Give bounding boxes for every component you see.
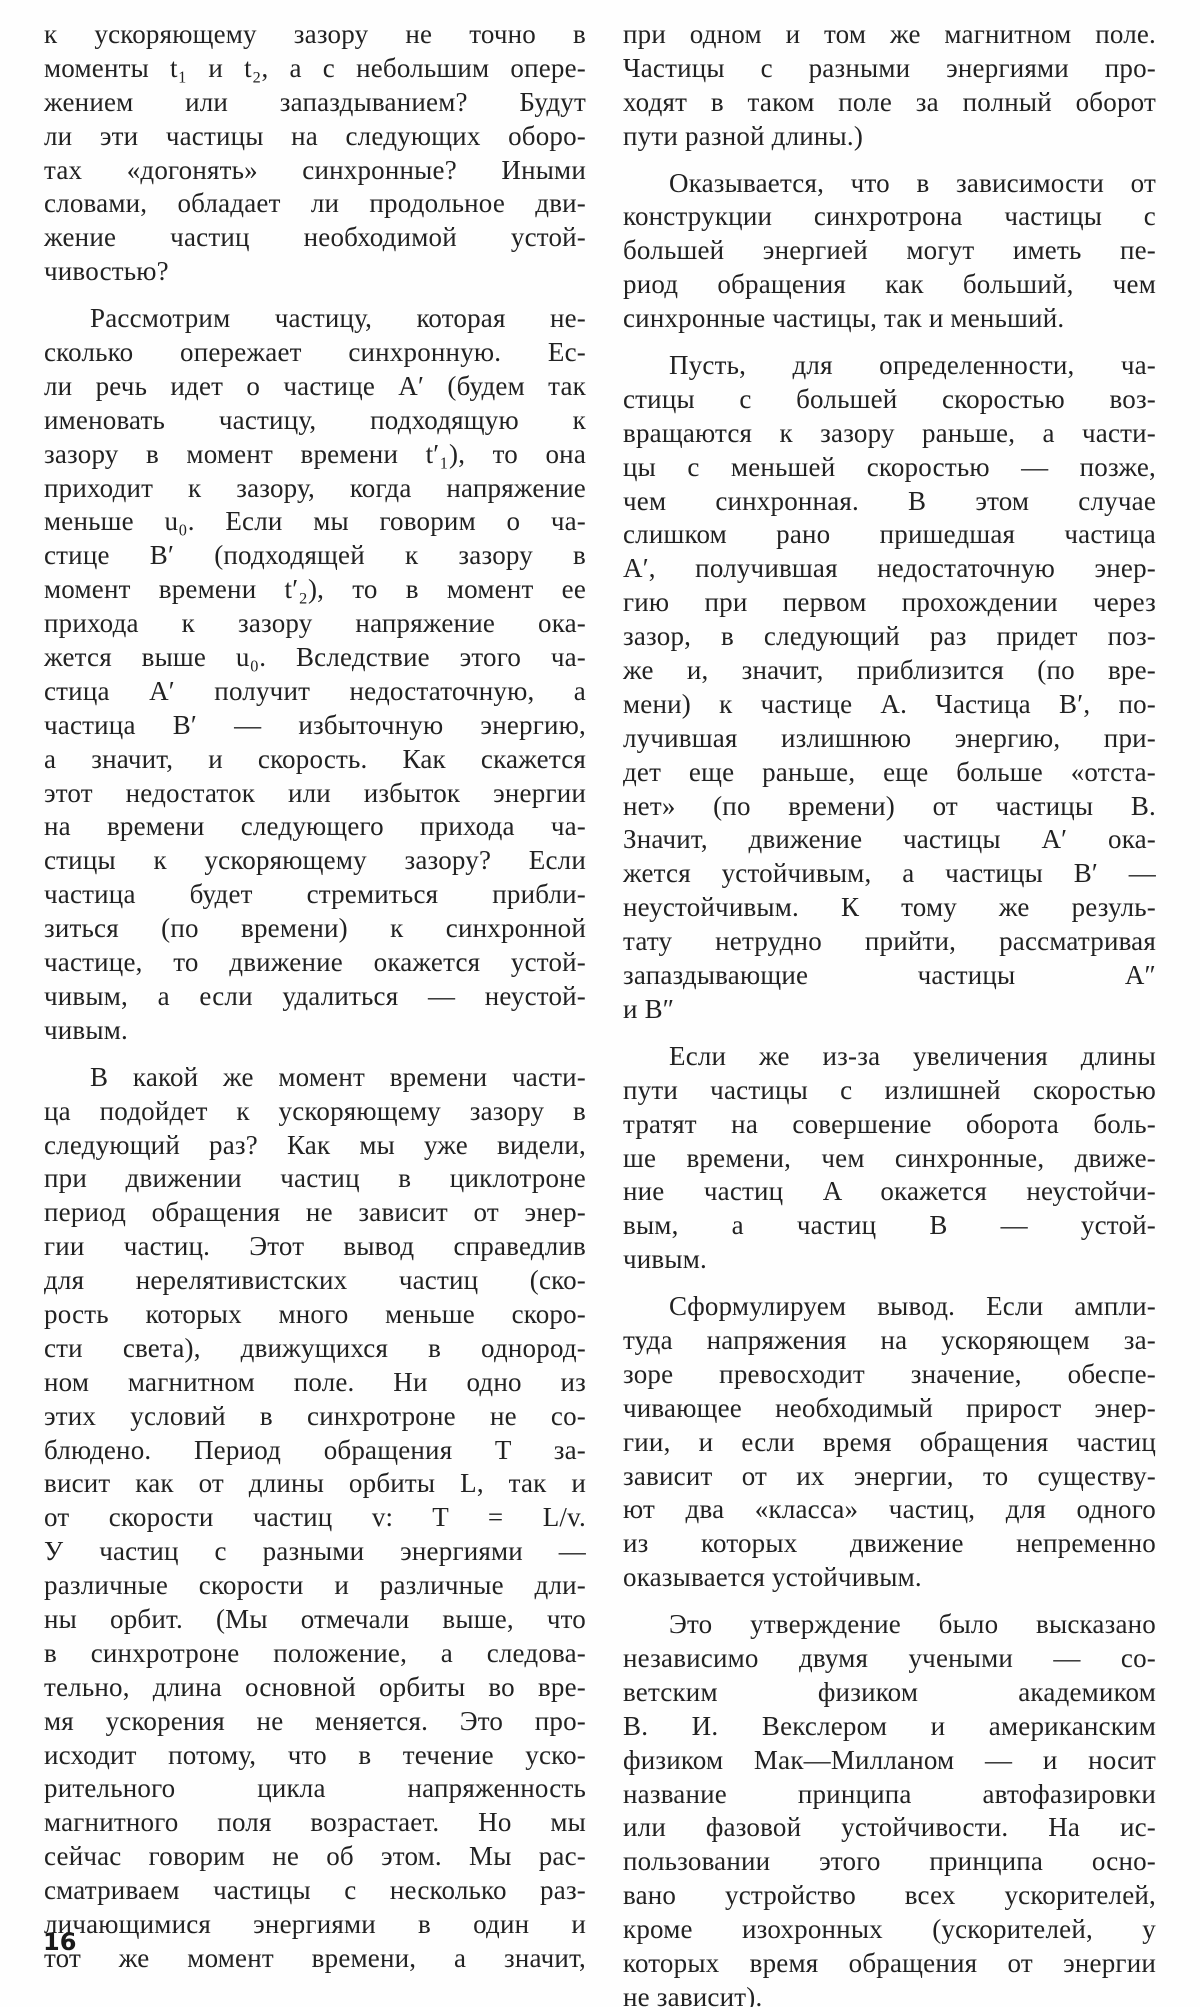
text-line: чивым, а если удалиться — неустой- [44, 980, 586, 1014]
text-line: туда напряжения на ускоряющем за- [623, 1324, 1156, 1358]
text-line: название принципа автофазировки [623, 1778, 1156, 1812]
text-line: мени) к частице A. Частица B′, по- [623, 688, 1156, 722]
text-line: магнитного поля возрастает. Но мы [44, 1806, 586, 1840]
text-line: не зависит). [623, 1981, 1156, 2007]
text-line: стица A′ получит недостаточную, а [44, 675, 586, 709]
text-line: Частицы с разными энергиями про- [623, 52, 1156, 86]
paragraph-gap [623, 154, 1156, 167]
text-line: зазор, в следующий раз придет поз- [623, 620, 1156, 654]
text-line: прихода к зазору напряжение ока- [44, 607, 586, 641]
text-line: момент времени t′₂), то в момент ее [44, 573, 586, 607]
text-line: частица B′ — избыточную энергию, [44, 709, 586, 743]
text-line: ходят в таком поле за полный оборот [623, 86, 1156, 120]
text-line: сколько опережает синхронную. Ес- [44, 336, 586, 370]
paragraph-gap [44, 289, 586, 302]
text-line: для нерелятивистских частиц (ско- [44, 1264, 586, 1298]
text-line: или фазовой устойчивости. На ис- [623, 1811, 1156, 1845]
paragraph: Это утверждение было высказанонезависимо… [623, 1608, 1156, 2007]
text-line: чивостью? [44, 255, 586, 289]
text-line: гии, и если время обращения частиц [623, 1426, 1156, 1460]
text-line: тратят на совершение оборота боль- [623, 1108, 1156, 1142]
paragraph-gap [623, 1277, 1156, 1290]
text-line: зазору в момент времени t′₁), то она [44, 438, 586, 472]
text-line: личающимися энергиями в один и [44, 1908, 586, 1942]
text-line: к ускоряющему зазору не точно в [44, 18, 586, 52]
text-line: при одном и том же магнитном поле. [623, 18, 1156, 52]
text-line: зависит от их энергии, то существу- [623, 1460, 1156, 1494]
text-line: нет» (по времени) от частицы B. [623, 790, 1156, 824]
text-line: Пусть, для определенности, ча- [623, 349, 1156, 383]
text-line: физиком Мак—Милланом — и носит [623, 1744, 1156, 1778]
text-line: вым, а частиц B — устой- [623, 1209, 1156, 1243]
paragraph-gap [44, 1048, 586, 1061]
text-line: сейчас говорим не об этом. Мы рас- [44, 1840, 586, 1874]
book-page: к ускоряющему зазору не точно вмоменты t… [0, 0, 1200, 2007]
text-line: неустойчивым. К тому же резуль- [623, 891, 1156, 925]
text-line: на времени следующего прихода ча- [44, 810, 586, 844]
text-line: мя ускорения не меняется. Это про- [44, 1705, 586, 1739]
paragraph: Если же из-за увеличения длиныпути части… [623, 1040, 1156, 1277]
text-line: тельно, длина основной орбиты во вре- [44, 1671, 586, 1705]
paragraph: В какой же момент времени части-ца подой… [44, 1061, 586, 1976]
text-line: этот недостаток или избыток энергии [44, 777, 586, 811]
text-line: чивым. [44, 1014, 586, 1048]
paragraph: при одном и том же магнитном поле.Частиц… [623, 18, 1156, 154]
text-line: различные скорости и различные дли- [44, 1569, 586, 1603]
paragraph: Пусть, для определенности, ча-стицы с бо… [623, 349, 1156, 1027]
text-line: Рассмотрим частицу, которая не- [44, 302, 586, 336]
text-line: из которых движение непременно [623, 1527, 1156, 1561]
text-line: вращаются к зазору раньше, а части- [623, 417, 1156, 451]
text-line: независимо двумя учеными — со- [623, 1642, 1156, 1676]
paragraph: Оказывается, что в зависимости отконстру… [623, 167, 1156, 336]
text-line: чем синхронная. В этом случае [623, 485, 1156, 519]
text-line: исходит потому, что в течение уско- [44, 1739, 586, 1773]
text-line: чивающее необходимый прирост энер- [623, 1392, 1156, 1426]
text-line: конструкции синхротрона частицы с [623, 200, 1156, 234]
text-line: чивым. [623, 1243, 1156, 1277]
text-line: большей энергией могут иметь пе- [623, 234, 1156, 268]
text-line: Оказывается, что в зависимости от [623, 167, 1156, 201]
text-line: которых время обращения от энергии [623, 1947, 1156, 1981]
text-line: словами, обладает ли продольное дви- [44, 187, 586, 221]
text-line: стицы к ускоряющему зазору? Если [44, 844, 586, 878]
text-line: стицы с большей скоростью воз- [623, 383, 1156, 417]
text-line: стице B′ (подходящей к зазору в [44, 539, 586, 573]
text-line: а значит, и скорость. Как скажется [44, 743, 586, 777]
text-line: период обращения не зависит от энер- [44, 1196, 586, 1230]
text-line: Если же из-за увеличения длины [623, 1040, 1156, 1074]
text-line: блюдено. Период обращения T за- [44, 1434, 586, 1468]
text-line: ветским физиком академиком [623, 1676, 1156, 1710]
paragraph: Сформулируем вывод. Если ампли-туда напр… [623, 1290, 1156, 1595]
paragraph: Рассмотрим частицу, которая не-сколько о… [44, 302, 586, 1048]
text-line: именовать частицу, подходящую к [44, 404, 586, 438]
text-line: ше времени, чем синхронные, движе- [623, 1142, 1156, 1176]
right-text-column: при одном и том же магнитном поле.Частиц… [623, 18, 1156, 2007]
text-line: Это утверждение было высказано [623, 1608, 1156, 1642]
text-line: лучившая излишнюю энергию, при- [623, 722, 1156, 756]
text-line: тот же момент времени, а значит, [44, 1942, 586, 1976]
text-line: оказывается устойчивым. [623, 1561, 1156, 1595]
text-line: приходит к зазору, когда напряжение [44, 472, 586, 506]
text-line: этих условий в синхротроне не со- [44, 1400, 586, 1434]
text-line: и B″ [623, 993, 1156, 1027]
text-line: частице, то движение окажется устой- [44, 946, 586, 980]
text-line: гию при первом прохождении через [623, 586, 1156, 620]
paragraph-gap [623, 1027, 1156, 1040]
text-line: Значит, движение частицы A′ ока- [623, 823, 1156, 857]
text-line: рительного цикла напряженность [44, 1772, 586, 1806]
text-line: гии частиц. Этот вывод справедлив [44, 1230, 586, 1264]
text-line: кроме изохронных (ускорителей, у [623, 1913, 1156, 1947]
text-line: сти света), движущихся в однород- [44, 1332, 586, 1366]
text-line: пути частицы с излишней скоростью [623, 1074, 1156, 1108]
text-line: зиться (по времени) к синхронной [44, 912, 586, 946]
text-line: вано устройство всех ускорителей, [623, 1879, 1156, 1913]
text-line: меньше u₀. Если мы говорим о ча- [44, 505, 586, 539]
text-line: цы с меньшей скоростью — позже, [623, 451, 1156, 485]
text-line: сматриваем частицы с несколько раз- [44, 1874, 586, 1908]
text-line: ца подойдет к ускоряющему зазору в [44, 1095, 586, 1129]
text-line: зоре превосходит значение, обеспе- [623, 1358, 1156, 1392]
text-line: ние частиц A окажется неустойчи- [623, 1175, 1156, 1209]
text-line: ны орбит. (Мы отмечали выше, что [44, 1603, 586, 1637]
page-number: 16 [43, 1928, 76, 1956]
text-line: жением или запаздыванием? Будут [44, 86, 586, 120]
text-line: тах «догонять» синхронные? Иными [44, 154, 586, 188]
text-line: в синхротроне положение, а следова- [44, 1637, 586, 1671]
paragraph-gap [623, 336, 1156, 349]
text-line: пользовании этого принципа осно- [623, 1845, 1156, 1879]
text-line: дет еще раньше, еще больше «отста- [623, 756, 1156, 790]
text-line: висит как от длины орбиты L, так и [44, 1467, 586, 1501]
text-line: следующий раз? Как мы уже видели, [44, 1129, 586, 1163]
text-line: В. И. Векслером и американским [623, 1710, 1156, 1744]
text-line: пути разной длины.) [623, 120, 1156, 154]
left-text-column: к ускоряющему зазору не точно вмоменты t… [44, 18, 586, 1976]
text-line: жение частиц необходимой устой- [44, 221, 586, 255]
text-line: слишком рано пришедшая частица [623, 518, 1156, 552]
paragraph-gap [623, 1595, 1156, 1608]
text-line: же и, значит, приблизится (по вре- [623, 654, 1156, 688]
text-line: жется устойчивым, а частицы B′ — [623, 857, 1156, 891]
text-line: моменты t₁ и t₂, а с небольшим опере- [44, 52, 586, 86]
text-line: жется выше u₀. Вследствие этого ча- [44, 641, 586, 675]
text-line: В какой же момент времени части- [44, 1061, 586, 1095]
text-line: ют два «класса» частиц, для одного [623, 1493, 1156, 1527]
paragraph: к ускоряющему зазору не точно вмоменты t… [44, 18, 586, 289]
text-line: ли эти частицы на следующих оборо- [44, 120, 586, 154]
text-line: от скорости частиц v: T = L/v. [44, 1501, 586, 1535]
text-line: ном магнитном поле. Ни одно из [44, 1366, 586, 1400]
text-line: ли речь идет о частице A′ (будем так [44, 370, 586, 404]
text-line: Сформулируем вывод. Если ампли- [623, 1290, 1156, 1324]
text-line: частица будет стремиться прибли- [44, 878, 586, 912]
text-line: синхронные частицы, так и меньший. [623, 302, 1156, 336]
text-line: тату нетрудно прийти, рассматривая [623, 925, 1156, 959]
text-line: запаздывающие частицы A″ [623, 959, 1156, 993]
text-line: A′, получившая недостаточную энер- [623, 552, 1156, 586]
text-line: рость которых много меньше скоро- [44, 1298, 586, 1332]
text-line: риод обращения как больший, чем [623, 268, 1156, 302]
text-line: при движении частиц в циклотроне [44, 1162, 586, 1196]
text-line: У частиц с разными энергиями — [44, 1535, 586, 1569]
